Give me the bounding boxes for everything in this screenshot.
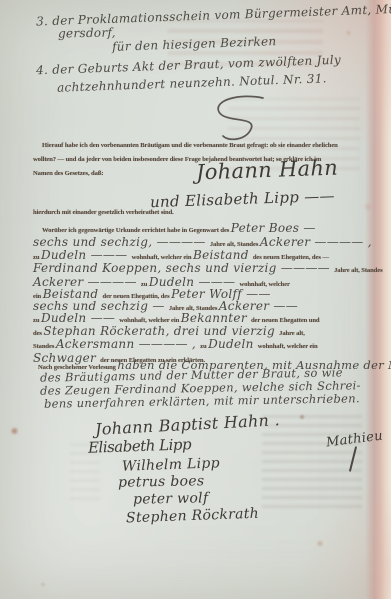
foxing-stain xyxy=(345,30,352,36)
handwritten-annex-line: gersdorf, xyxy=(58,25,116,40)
witness-signature: Stephen Röckrath xyxy=(126,506,259,527)
bride-name-handwritten: und Elisabeth Lipp —— xyxy=(150,187,335,211)
foxing-stain xyxy=(40,582,46,587)
scanned-marriage-record-page: 3. der Proklamationsschein vom Bürgermei… xyxy=(0,0,391,599)
printed-form-line: Hierauf habe ich den vorbenannten Bräuti… xyxy=(42,142,338,149)
witness-signature: Elisabeth Lipp xyxy=(88,435,192,457)
witness-signature: peter wolf xyxy=(133,490,209,507)
foxing-stain xyxy=(316,540,324,547)
printed-form-line: Namen des Gesetzes, daß: xyxy=(33,170,104,177)
witness-signature: Wilhelm Lipp xyxy=(122,455,220,474)
printed-form-text: wohnhaft, welcher ein xyxy=(258,343,318,350)
printed-closing-line: hierdurch mit einander gesetzlich verhei… xyxy=(33,209,174,216)
groom-name-handwritten: Johann Hahn xyxy=(196,156,339,185)
foxing-stain xyxy=(299,414,305,420)
foxing-stain xyxy=(363,203,373,211)
witness-signature: petrus boes xyxy=(118,473,205,491)
printed-form-text: Jahre alt, Standes xyxy=(334,267,382,274)
handwritten-entry: Dudeln xyxy=(208,337,258,351)
foxing-stain xyxy=(10,427,19,435)
